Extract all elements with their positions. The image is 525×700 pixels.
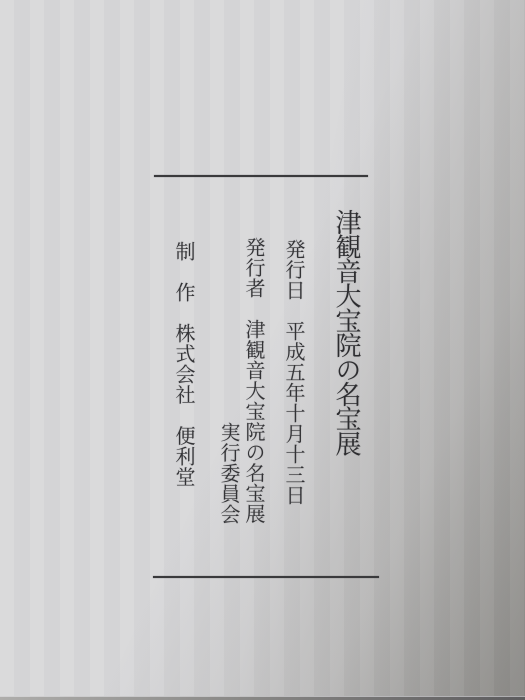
top-rule [154, 175, 368, 177]
production-line: 制 作 株式会社 便利堂 [169, 241, 198, 487]
publisher-line: 発行者 津観音大宝院の名宝展 [239, 237, 268, 524]
colophon-title: 津観音大宝院の名宝展 [328, 209, 365, 455]
page-bottom-edge [0, 696, 525, 700]
publisher-committee-line: 実行委員会 [214, 422, 243, 525]
bottom-rule [153, 576, 379, 578]
book-colophon-page: 津観音大宝院の名宝展 発行日 平成五年十月十三日 発行者 津観音大宝院の名宝展 … [0, 0, 525, 700]
publication-date-line: 発行日 平成五年十月十三日 [279, 239, 308, 506]
